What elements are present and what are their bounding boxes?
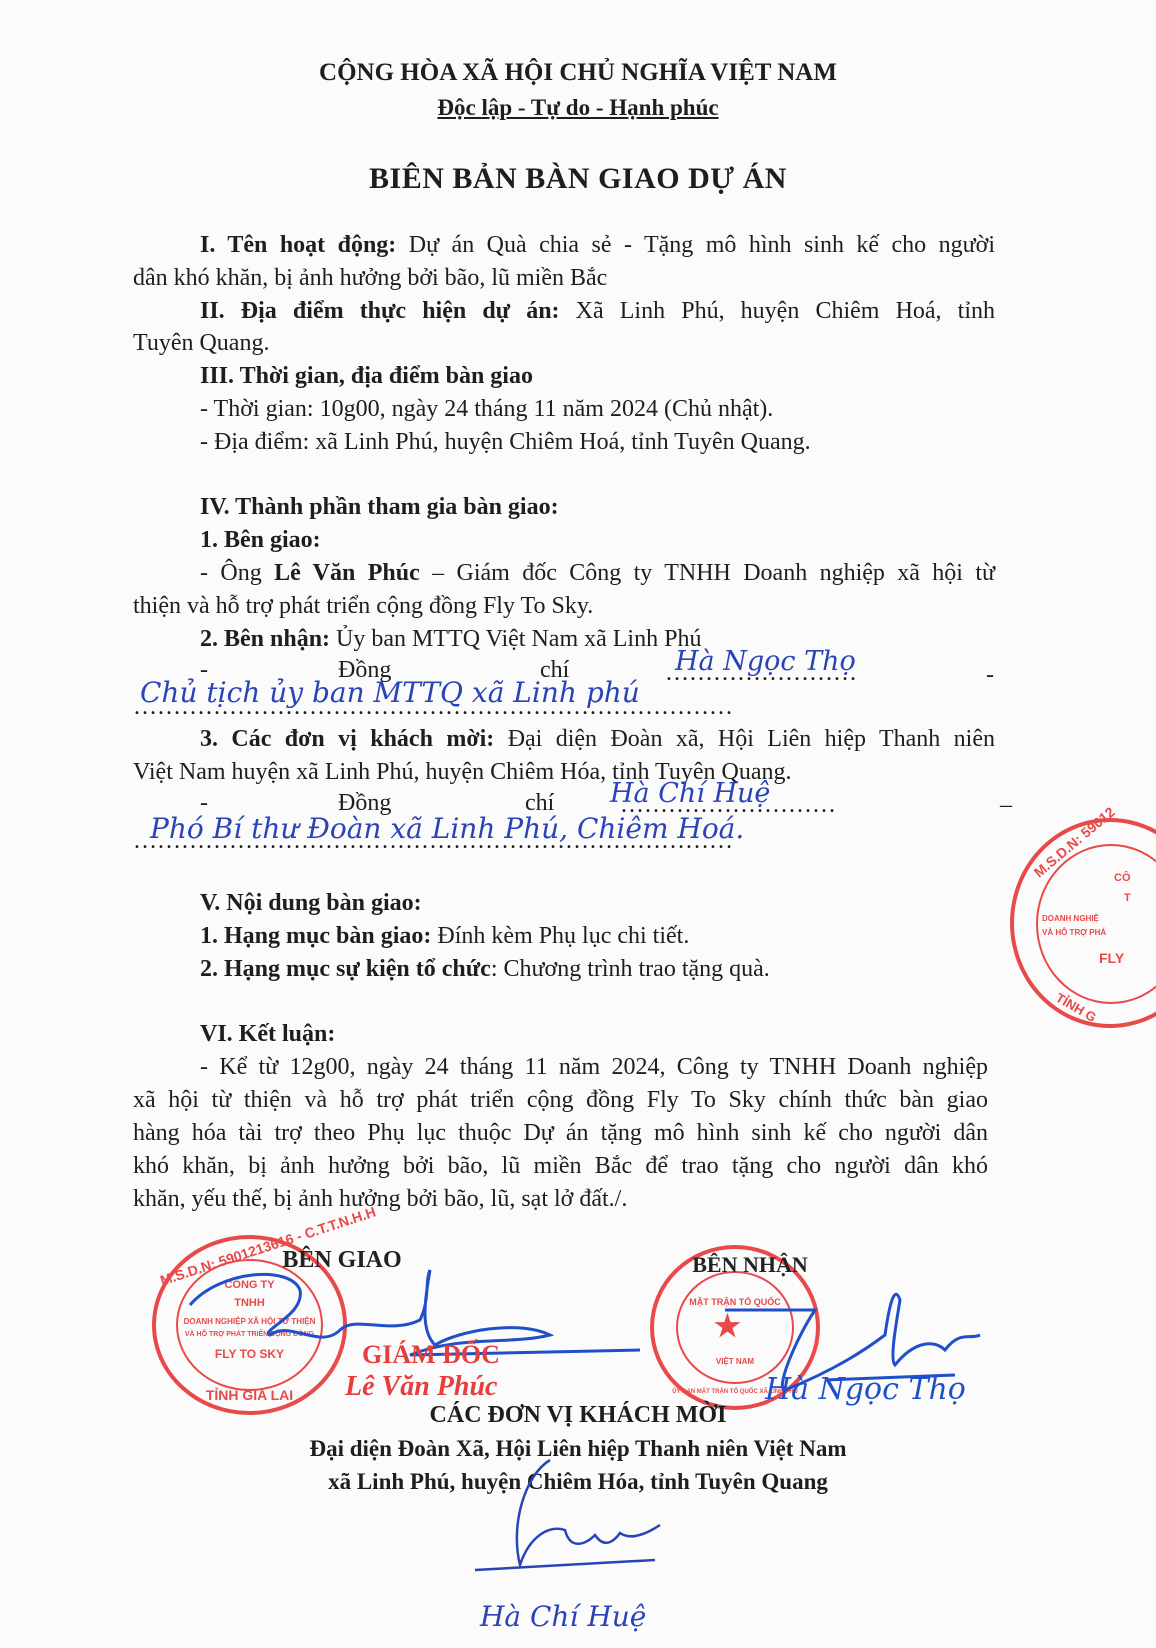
section2-line2: Tuyên Quang.	[133, 328, 269, 358]
guests-text1: Đại diện Đoàn xã, Hội Liên hiệp Thanh ni…	[508, 726, 995, 752]
nation-header: CỘNG HÒA XÃ HỘI CHỦ NGHĨA VIỆT NAM	[0, 58, 1156, 88]
conclusion-line-1: - Kể từ 12g00, ngày 24 tháng 11 năm 2024…	[200, 1052, 988, 1082]
receiver-handwritten-name: Hà Ngọc Thọ	[675, 646, 856, 677]
guests-heading: CÁC ĐƠN VỊ KHÁCH MỜI	[0, 1400, 1156, 1430]
document-page: CỘNG HÒA XÃ HỘI CHỦ NGHĨA VIỆT NAM Độc l…	[0, 0, 1156, 1648]
giver-line1-rest: – Giám đốc Công ty TNHH Doanh nghiệp xã …	[432, 560, 995, 586]
guest-handwritten-title: Phó Bí thư Đoàn xã Linh Phú, Chiêm Hoá.	[150, 812, 744, 845]
receiver-line: 2. Bên nhận: Ủy ban MTTQ Việt Nam xã Lin…	[200, 624, 701, 654]
item2-text: : Chương trình trao tặng quà.	[491, 956, 770, 982]
section5-item1: 1. Hạng mục bàn giao: Đính kèm Phụ lục c…	[200, 921, 689, 951]
guest-signature	[455, 1455, 675, 1595]
document-title: BIÊN BẢN BÀN GIAO DỰ ÁN	[0, 164, 1156, 194]
section1-label: I. Tên hoạt động:	[200, 232, 396, 258]
section1-line1: I. Tên hoạt động: Dự án Quà chia sẻ - Tặ…	[200, 230, 995, 260]
receiver-heading: BÊN NHẬN	[600, 1250, 900, 1280]
giver-name: Lê Văn Phúc	[274, 560, 420, 586]
guests-line1: 3. Các đơn vị khách mời: Đại diện Đoàn x…	[200, 724, 995, 754]
conclusion-line-2: xã hội từ thiện và hỗ trợ phát triển cộn…	[133, 1085, 988, 1115]
section2-text1: Xã Linh Phú, huyện Chiêm Hoá, tỉnh	[576, 298, 995, 324]
section1-text1: Dự án Quà chia sẻ - Tặng mô hình sinh kế…	[409, 232, 995, 258]
guest-trailing-dash: –	[1000, 790, 1012, 820]
section1-line2: dân khó khăn, bị ảnh hưởng bởi bão, lũ m…	[133, 263, 607, 293]
section3-label: III. Thời gian, địa điểm bàn giao	[200, 361, 533, 391]
conclusion-line-4: khó khăn, bị ảnh hưởng bởi bão, lũ miền …	[133, 1151, 988, 1181]
edge-stamp-partial: M.S.D.N: 59012 CÔ T DOANH NGHIỆ VÀ HỖ TR…	[1010, 818, 1156, 1028]
giver-label: 1. Bên giao:	[200, 525, 321, 555]
giver-position: GIÁM ĐỐC	[362, 1340, 500, 1370]
giver-name-stamp: Lê Văn Phúc	[345, 1372, 497, 1402]
guest-handwritten-name: Hà Chí Huệ	[610, 778, 770, 809]
section6-label: VI. Kết luận:	[200, 1019, 335, 1049]
receiver-org: Ủy ban MTTQ Việt Nam xã Linh Phú	[336, 626, 701, 652]
giver-prefix: - Ông	[200, 560, 262, 586]
receiver-trailing-dash: -	[986, 660, 994, 690]
handover-place: - Địa điểm: xã Linh Phú, huyện Chiêm Hoá…	[200, 427, 811, 457]
item2-label: 2. Hạng mục sự kiện tổ chức	[200, 956, 491, 982]
section5-item2: 2. Hạng mục sự kiện tổ chức: Chương trìn…	[200, 954, 770, 984]
giver-line2: thiện và hỗ trợ phát triển cộng đồng Fly…	[133, 591, 593, 621]
motto: Độc lập - Tự do - Hạnh phúc	[0, 93, 1156, 123]
section2-line1: II. Địa điểm thực hiện dự án: Xã Linh Ph…	[200, 296, 995, 326]
handover-time: - Thời gian: 10g00, ngày 24 tháng 11 năm…	[200, 394, 773, 424]
giver-line1: - Ông Lê Văn Phúc – Giám đốc Công ty TNH…	[200, 558, 995, 588]
section4-label: IV. Thành phần tham gia bàn giao:	[200, 492, 559, 522]
item1-text: Đính kèm Phụ lục chi tiết.	[437, 923, 689, 949]
guests-label: 3. Các đơn vị khách mời:	[200, 726, 494, 752]
section2-label: II. Địa điểm thực hiện dự án:	[200, 298, 560, 324]
conclusion-line-3: hàng hóa tài trợ theo Phụ lục thuộc Dự á…	[133, 1118, 988, 1148]
receiver-handwritten-title: Chủ tịch ủy ban MTTQ xã Linh phú	[140, 676, 640, 709]
receiver-label: 2. Bên nhận:	[200, 626, 330, 652]
guest-signed-name: Hà Chí Huệ	[480, 1600, 646, 1633]
conclusion-line-5: khăn, yếu thế, bị ảnh hưởng bởi bão, lũ,…	[133, 1184, 627, 1214]
section5-label: V. Nội dung bàn giao:	[200, 888, 422, 918]
item1-label: 1. Hạng mục bàn giao:	[200, 923, 431, 949]
